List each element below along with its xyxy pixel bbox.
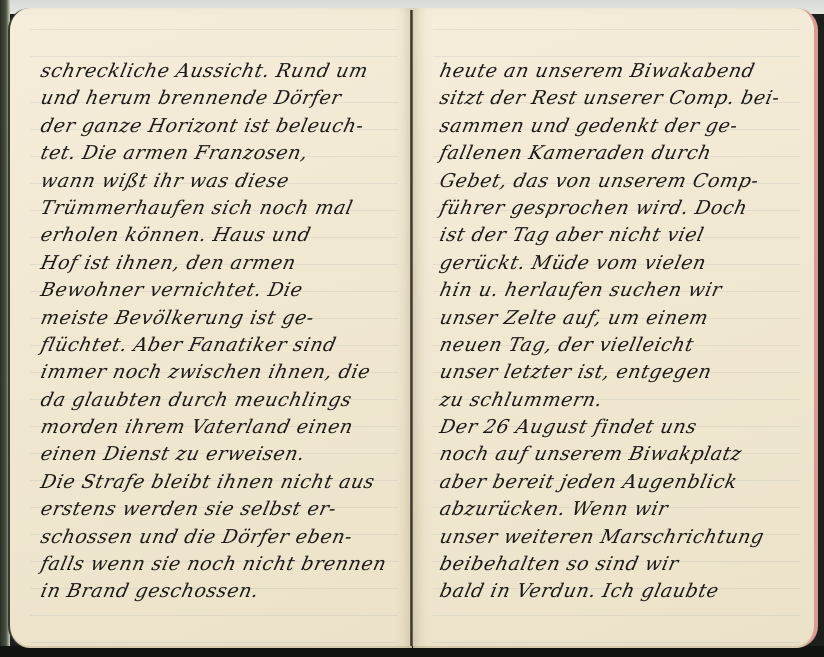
handwritten-line: unser Zelte auf, um einem	[437, 305, 808, 332]
handwritten-line: neuen Tag, der vielleicht	[437, 332, 808, 359]
left-page: schreckliche Aussicht. Rund um und herum…	[8, 8, 412, 648]
handwritten-line: heute an unserem Biwakabend	[437, 58, 808, 85]
right-page: heute an unserem Biwakabend sitzt der Re…	[413, 8, 818, 648]
handwritten-line: tet. Die armen Franzosen,	[38, 140, 406, 167]
handwritten-line: sammen und gedenkt der ge-	[437, 113, 808, 140]
handwritten-line: der ganze Horizont ist beleuch-	[38, 113, 406, 140]
handwritten-line: Bewohner vernichtet. Die	[38, 277, 406, 304]
handwritten-line: abzurücken. Wenn wir	[437, 496, 808, 523]
handwritten-line: aber bereit jeden Augenblick	[437, 469, 808, 496]
handwritten-line: unser weiteren Marschrichtung	[437, 524, 808, 551]
handwritten-line: hin u. herlaufen suchen wir	[437, 277, 808, 304]
handwritten-line: Die Strafe bleibt ihnen nicht aus	[38, 469, 406, 496]
handwritten-line: da glaubten durch meuchlings	[38, 387, 406, 414]
handwritten-line: unser letzter ist, entgegen	[437, 359, 808, 386]
handwritten-line: Der 26 August findet uns	[437, 414, 808, 441]
handwritten-line: meiste Bevölkerung ist ge-	[38, 305, 406, 332]
handwritten-line: gerückt. Müde vom vielen	[437, 250, 808, 277]
handwritten-line: ist der Tag aber nicht viel	[437, 222, 808, 249]
handwritten-line: erstens werden sie selbst er-	[38, 496, 406, 523]
handwritten-line: erholen können. Haus und	[38, 222, 406, 249]
handwritten-line: bald in Verdun. Ich glaubte	[437, 578, 808, 605]
handwritten-line: immer noch zwischen ihnen, die	[38, 359, 406, 386]
handwritten-line: flüchtet. Aber Fanatiker sind	[38, 332, 406, 359]
handwritten-line: in Brand geschossen.	[38, 578, 406, 605]
handwritten-line: zu schlummern.	[437, 387, 808, 414]
handwritten-line: und herum brennende Dörfer	[38, 85, 406, 112]
handwritten-line: fallenen Kameraden durch	[437, 140, 808, 167]
handwritten-line: schreckliche Aussicht. Rund um	[38, 58, 406, 85]
handwritten-line: schossen und die Dörfer eben-	[38, 524, 406, 551]
left-page-text: schreckliche Aussicht. Rund um und herum…	[38, 58, 400, 606]
handwritten-line: wann wißt ihr was diese	[38, 168, 406, 195]
handwritten-line: sitzt der Rest unserer Comp. bei-	[437, 85, 808, 112]
handwritten-line: falls wenn sie noch nicht brennen	[38, 551, 406, 578]
handwritten-line: führer gesprochen wird. Doch	[437, 195, 808, 222]
right-page-text: heute an unserem Biwakabend sitzt der Re…	[437, 58, 802, 606]
handwritten-line: Trümmerhaufen sich noch mal	[38, 195, 406, 222]
handwritten-line: noch auf unserem Biwakplatz	[437, 441, 808, 468]
handwritten-line: Hof ist ihnen, den armen	[38, 250, 406, 277]
handwritten-line: beibehalten so sind wir	[437, 551, 808, 578]
handwritten-line: Gebet, das von unserem Comp-	[437, 168, 808, 195]
handwritten-line: morden ihrem Vaterland einen	[38, 414, 406, 441]
handwritten-line: einen Dienst zu erweisen.	[38, 441, 406, 468]
